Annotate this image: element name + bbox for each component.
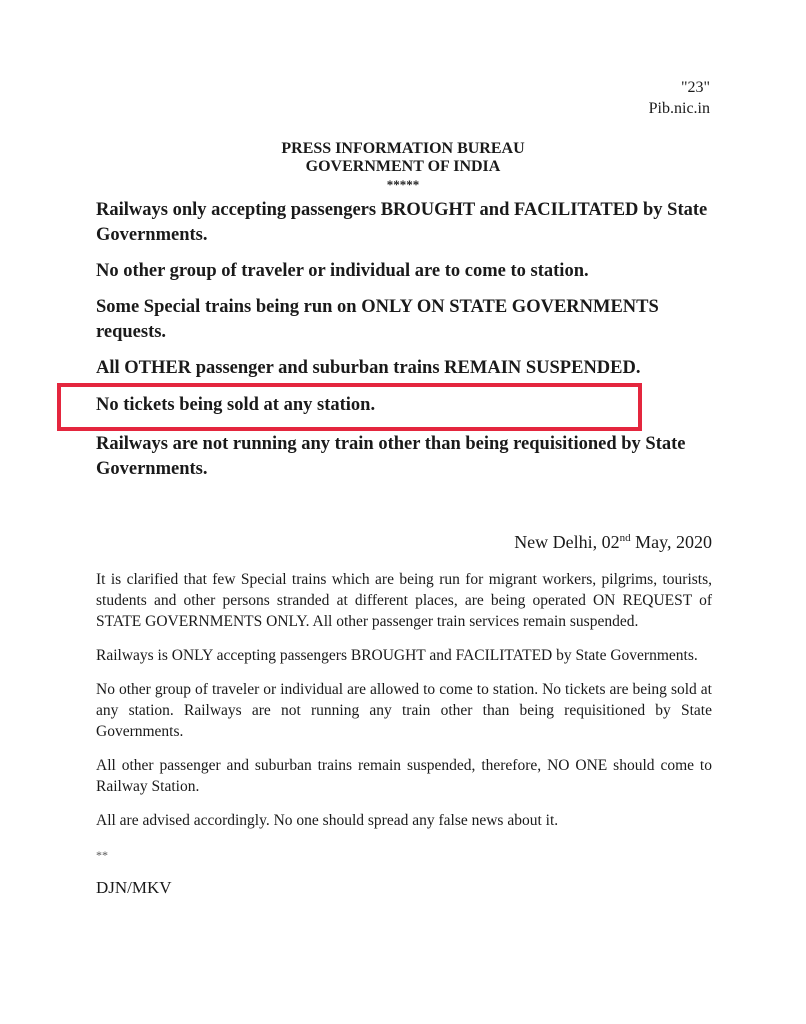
site-label: Pib.nic.in xyxy=(649,99,710,119)
date-rest: May, 2020 xyxy=(631,532,712,552)
header-separator: ***** xyxy=(0,176,806,194)
paragraph-5: All are advised accordingly. No one shou… xyxy=(96,810,712,831)
headline-4: All OTHER passenger and suburban trains … xyxy=(96,356,716,381)
end-marker: ** xyxy=(96,848,108,863)
paragraph-4: All other passenger and suburban trains … xyxy=(96,755,712,797)
date-ordinal: nd xyxy=(620,532,631,544)
headline-2: No other group of traveler or individual… xyxy=(96,259,716,284)
date-prefix: New Delhi, 02 xyxy=(514,532,619,552)
headline-6: Railways are not running any train other… xyxy=(96,432,716,482)
headline-5-highlighted: No tickets being sold at any station. xyxy=(96,393,716,418)
header-government: GOVERNMENT OF INDIA xyxy=(0,158,806,176)
headline-1: Railways only accepting passengers BROUG… xyxy=(96,198,716,248)
paragraph-1: It is clarified that few Special trains … xyxy=(96,569,712,632)
dateline: New Delhi, 02nd May, 2020 xyxy=(514,532,712,553)
header-bureau: PRESS INFORMATION BUREAU xyxy=(0,140,806,158)
paragraph-2: Railways is ONLY accepting passengers BR… xyxy=(96,645,712,666)
paragraph-3: No other group of traveler or individual… xyxy=(96,679,712,742)
headline-3: Some Special trains being run on ONLY ON… xyxy=(96,295,686,345)
signature: DJN/MKV xyxy=(96,878,172,898)
page-number: "23" xyxy=(681,78,710,98)
